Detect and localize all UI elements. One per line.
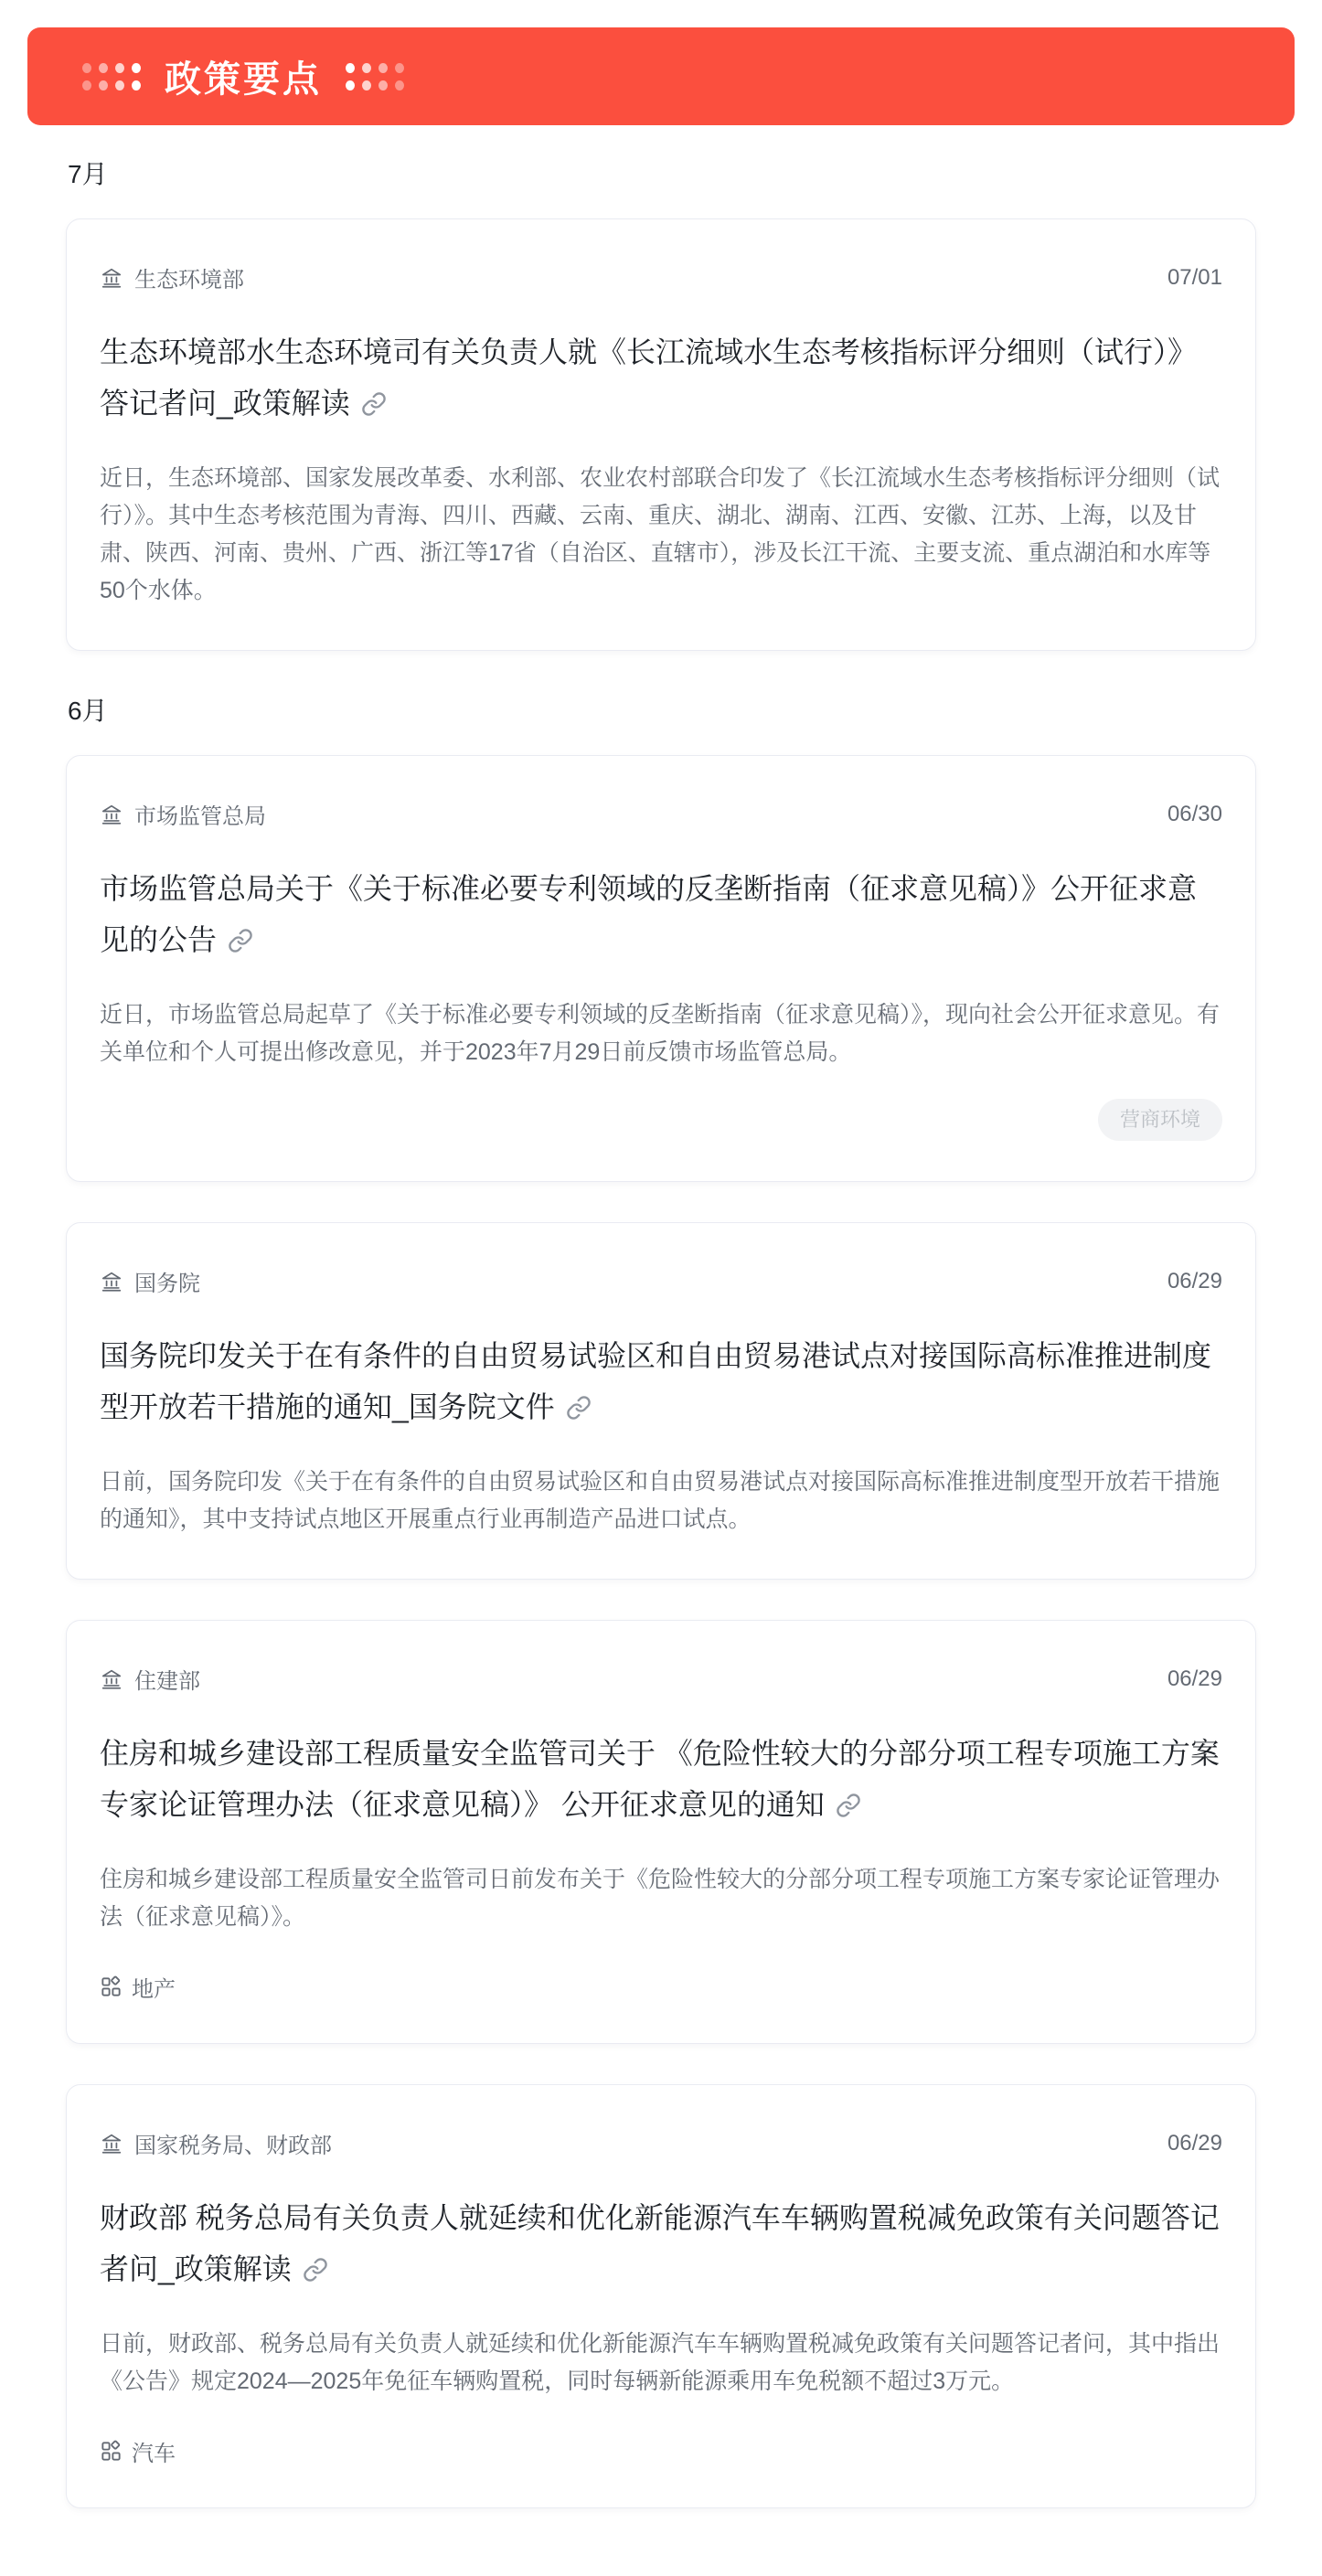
card-summary: 住房和城乡建设部工程质量安全监管司日前发布关于《危险性较大的分部分项工程专项施工… — [100, 1861, 1222, 1936]
card-list: 生态环境部 07/01 生态环境部水生态环境司有关负责人就《长江流域水生态考核指… — [66, 218, 1256, 651]
header-dots-left-decoration — [82, 63, 141, 90]
link-icon[interactable] — [836, 1783, 861, 1834]
page-title: 政策要点 — [165, 50, 322, 102]
card-title[interactable]: 财政部 税务总局有关负责人就延续和优化新能源汽车车辆购置税减免政策有关问题答记者… — [100, 2192, 1222, 2298]
category-grid-icon — [100, 2440, 123, 2463]
card-header: 生态环境部 07/01 — [100, 261, 1222, 293]
link-icon[interactable] — [361, 381, 387, 432]
tag-label: 汽车 — [132, 2435, 176, 2467]
card-title[interactable]: 市场监管总局关于《关于标准必要专利领域的反垄断指南（征求意见稿）》公开征求意见的… — [100, 863, 1222, 969]
month-section: 7月 生态环境部 07/01 生态环境部水生态环境司有关负责人就《长江流域水生态… — [66, 154, 1256, 651]
month-label: 6月 — [68, 691, 1256, 728]
card-date: 07/01 — [1167, 265, 1222, 291]
card-title-text[interactable]: 市场监管总局关于《关于标准必要专利领域的反垄断指南（征求意见稿）》公开征求意见的… — [100, 872, 1197, 956]
bank-building-icon — [100, 266, 123, 290]
card-list: 市场监管总局 06/30 市场监管总局关于《关于标准必要专利领域的反垄断指南（征… — [66, 755, 1256, 2508]
card-title-text[interactable]: 国务院印发关于在有条件的自由贸易试验区和自由贸易港试点对接国际高标准推进制度型开… — [100, 1339, 1211, 1423]
institution-name: 国家税务局、财政部 — [134, 2127, 332, 2159]
card-header: 国务院 06/29 — [100, 1265, 1222, 1297]
card-title-text[interactable]: 财政部 税务总局有关负责人就延续和优化新能源汽车车辆购置税减免政策有关问题答记者… — [100, 2201, 1220, 2285]
institution-name: 生态环境部 — [134, 261, 244, 293]
card-title[interactable]: 生态环境部水生态环境司有关负责人就《长江流域水生态考核指标评分细则（试行）》答记… — [100, 326, 1222, 432]
institution-name: 住建部 — [134, 1663, 200, 1695]
card-header: 国家税务局、财政部 06/29 — [100, 2127, 1222, 2159]
policy-card[interactable]: 国务院 06/29 国务院印发关于在有条件的自由贸易试验区和自由贸易港试点对接国… — [66, 1222, 1256, 1580]
card-header: 住建部 06/29 — [100, 1663, 1222, 1695]
card-date: 06/29 — [1167, 1269, 1222, 1294]
card-title[interactable]: 国务院印发关于在有条件的自由贸易试验区和自由贸易港试点对接国际高标准推进制度型开… — [100, 1330, 1222, 1436]
policy-card[interactable]: 生态环境部 07/01 生态环境部水生态环境司有关负责人就《长江流域水生态考核指… — [66, 218, 1256, 651]
card-date: 06/29 — [1167, 1666, 1222, 1692]
header-dots-right-decoration — [346, 63, 404, 90]
link-icon[interactable] — [228, 918, 253, 969]
bank-building-icon — [100, 803, 123, 826]
card-summary: 日前，财政部、税务总局有关负责人就延续和优化新能源汽车车辆购置税减免政策有关问题… — [100, 2326, 1222, 2400]
link-icon[interactable] — [566, 1385, 592, 1436]
tag-pill[interactable]: 营商环境 — [1098, 1099, 1222, 1141]
institution-name: 市场监管总局 — [134, 798, 266, 830]
month-label: 7月 — [68, 154, 1256, 191]
card-title-text[interactable]: 生态环境部水生态环境司有关负责人就《长江流域水生态考核指标评分细则（试行）》答记… — [100, 335, 1197, 420]
card-title-text[interactable]: 住房和城乡建设部工程质量安全监管司关于 《危险性较大的分部分项工程专项施工方案专… — [100, 1737, 1220, 1821]
card-header: 市场监管总局 06/30 — [100, 798, 1222, 830]
link-icon[interactable] — [303, 2247, 328, 2298]
institution: 国家税务局、财政部 — [100, 2127, 332, 2159]
category-grid-icon — [100, 1975, 123, 1998]
bank-building-icon — [100, 1667, 123, 1691]
card-date: 06/30 — [1167, 802, 1222, 827]
card-summary: 近日，市场监管总局起草了《关于标准必要专利领域的反垄断指南（征求意见稿）》，现向… — [100, 996, 1222, 1071]
institution: 住建部 — [100, 1663, 200, 1695]
pill-row: 营商环境 — [100, 1099, 1222, 1141]
page: { "colors": { "accent_red": "#FB4F3E", "… — [0, 27, 1322, 2576]
policy-card[interactable]: 住建部 06/29 住房和城乡建设部工程质量安全监管司关于 《危险性较大的分部分… — [66, 1620, 1256, 2044]
tag-row[interactable]: 汽车 — [100, 2435, 1222, 2467]
institution: 国务院 — [100, 1265, 200, 1297]
policy-card[interactable]: 市场监管总局 06/30 市场监管总局关于《关于标准必要专利领域的反垄断指南（征… — [66, 755, 1256, 1182]
tag-row[interactable]: 地产 — [100, 1971, 1222, 2003]
card-title[interactable]: 住房和城乡建设部工程质量安全监管司关于 《危险性较大的分部分项工程专项施工方案专… — [100, 1728, 1222, 1834]
card-summary: 近日，生态环境部、国家发展改革委、水利部、农业农村部联合印发了《长江流域水生态考… — [100, 460, 1222, 610]
card-summary: 日前，国务院印发《关于在有条件的自由贸易试验区和自由贸易港试点对接国际高标准推进… — [100, 1464, 1222, 1538]
page-header: 政策要点 — [27, 27, 1295, 125]
institution-name: 国务院 — [134, 1265, 200, 1297]
policy-card[interactable]: 国家税务局、财政部 06/29 财政部 税务总局有关负责人就延续和优化新能源汽车… — [66, 2084, 1256, 2508]
bank-building-icon — [100, 1270, 123, 1293]
tag-label: 地产 — [132, 1971, 176, 2003]
card-date: 06/29 — [1167, 2131, 1222, 2156]
institution: 生态环境部 — [100, 261, 244, 293]
sections: 7月 生态环境部 07/01 生态环境部水生态环境司有关负责人就《长江流域水生态… — [0, 154, 1322, 2576]
bank-building-icon — [100, 2132, 123, 2156]
month-section: 6月 市场监管总局 06/30 市场监管总局关于《关于标准必要专利领域的反垄断指… — [66, 691, 1256, 2508]
institution: 市场监管总局 — [100, 798, 266, 830]
